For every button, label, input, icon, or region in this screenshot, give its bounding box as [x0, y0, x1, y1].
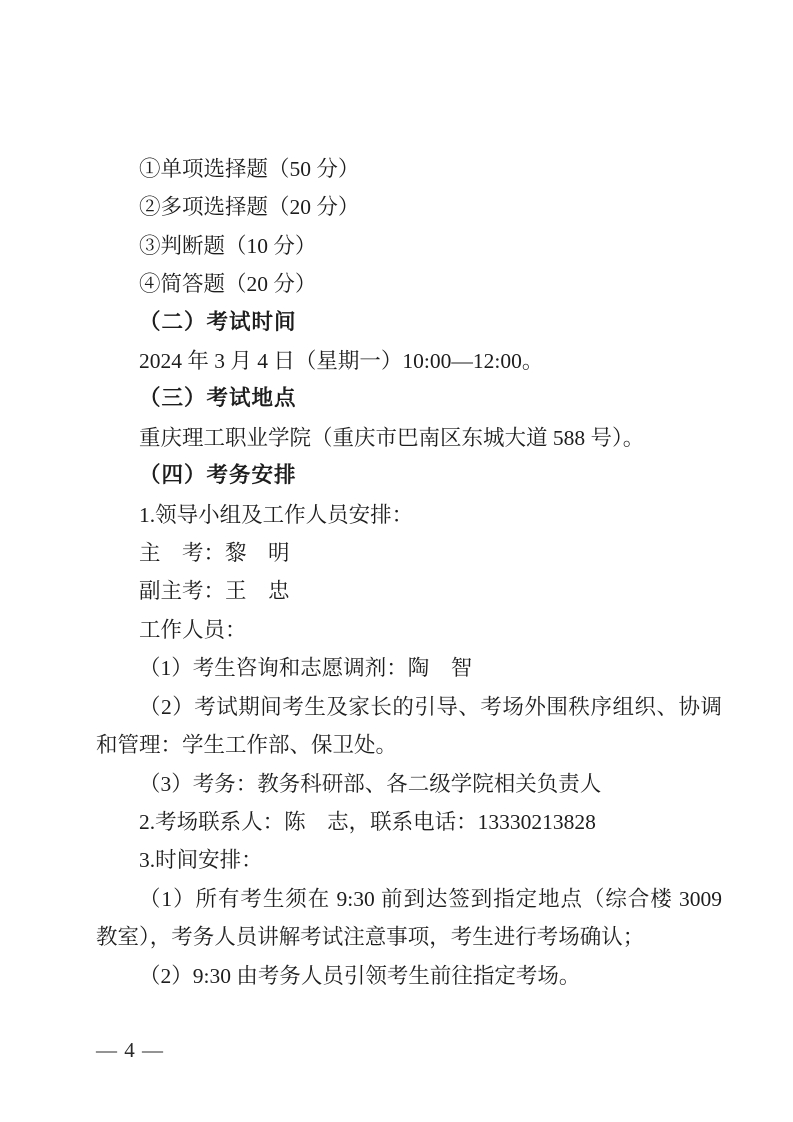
- section-heading-exam-location: （三）考试地点: [96, 380, 722, 418]
- document-paragraph: （1）考生咨询和志愿调剂：陶 智: [96, 649, 722, 687]
- section-heading-exam-affairs: （四）考务安排: [96, 457, 722, 495]
- document-body: ①单项选择题（50 分） ②多项选择题（20 分） ③判断题（10 分） ④简答…: [96, 150, 722, 995]
- section-heading-exam-time: （二）考试时间: [96, 304, 722, 342]
- contact-line: 2.考场联系人：陈 志，联系电话：13330213828: [96, 803, 722, 841]
- document-paragraph: （2）9:30 由考务人员引领考生前往指定考场。: [96, 957, 722, 995]
- chief-examiner-line: 主 考：黎 明: [96, 534, 722, 572]
- question-type-item: ①单项选择题（50 分）: [96, 150, 722, 188]
- document-paragraph: 1.领导小组及工作人员安排：: [96, 496, 722, 534]
- document-paragraph: 工作人员：: [96, 611, 722, 649]
- question-type-item: ②多项选择题（20 分）: [96, 188, 722, 226]
- exam-time-text: 2024 年 3 月 4 日（星期一）10:00—12:00。: [96, 342, 722, 380]
- deputy-examiner-line: 副主考：王 忠: [96, 572, 722, 610]
- document-paragraph: （3）考务：教务科研部、各二级学院相关负责人: [96, 765, 722, 803]
- document-paragraph: 3.时间安排：: [96, 841, 722, 879]
- question-type-item: ③判断题（10 分）: [96, 227, 722, 265]
- document-page: ①单项选择题（50 分） ②多项选择题（20 分） ③判断题（10 分） ④简答…: [0, 0, 793, 1122]
- document-paragraph: （1）所有考生须在 9:30 前到达签到指定地点（综合楼 3009 教室），考务…: [96, 880, 722, 957]
- question-type-item: ④简答题（20 分）: [96, 265, 722, 303]
- page-number: — 4 —: [96, 1036, 164, 1064]
- document-paragraph: （2）考试期间考生及家长的引导、考场外围秩序组织、协调和管理：学生工作部、保卫处…: [96, 688, 722, 765]
- exam-location-text: 重庆理工职业学院（重庆市巴南区东城大道 588 号）。: [96, 419, 722, 457]
